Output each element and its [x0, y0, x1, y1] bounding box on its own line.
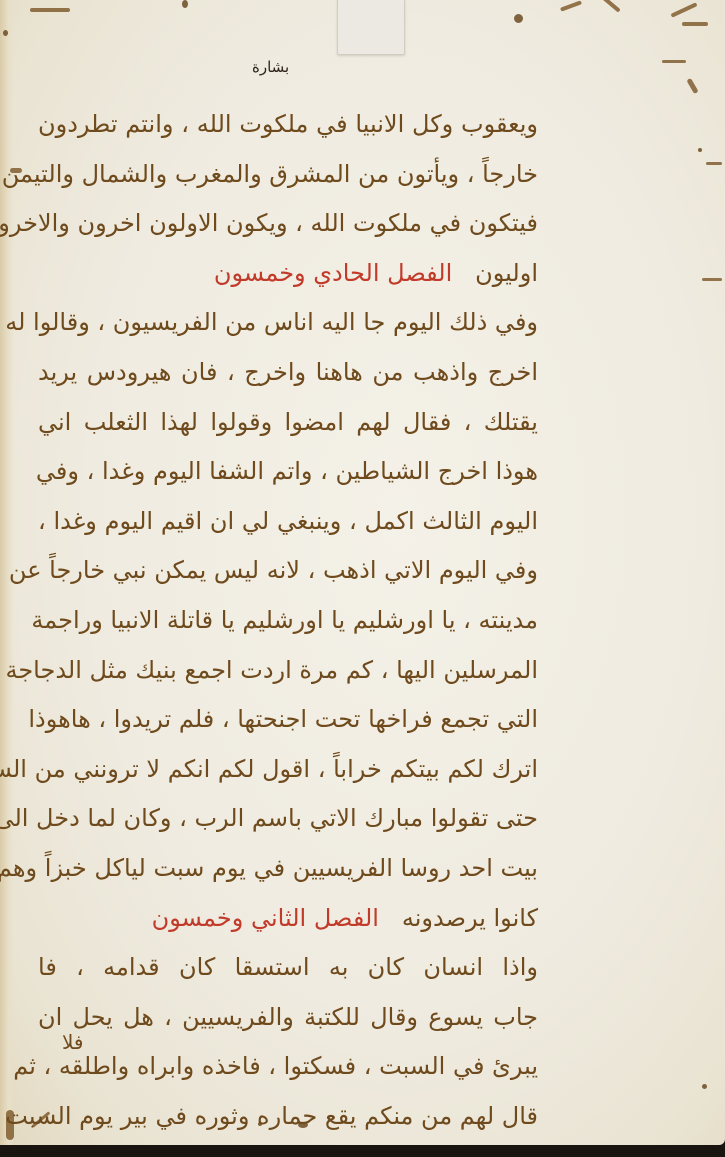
- manuscript-text-block: ويعقوب وكل الانبيا في ملكوت الله ، وانتم…: [38, 100, 538, 1141]
- line-text: فيتكون في ملكوت الله ، ويكون الاولون اخر…: [0, 209, 538, 237]
- stain-mark: [702, 278, 722, 281]
- footer-catchword: فلا: [62, 1030, 84, 1054]
- stain-mark: [682, 22, 708, 26]
- line-text: وفي ذلك اليوم جا اليه اناس من الفريسيون …: [5, 308, 538, 336]
- line-text: حتى تقولوا مبارك الاتي باسم الرب ، وكان …: [0, 804, 538, 832]
- line-text: يقتلك ، فقال لهم امضوا وقولوا لهذا الثعل…: [38, 408, 538, 436]
- text-line: واذا انسان كان به استسقا كان قدامه ، فا: [38, 943, 538, 993]
- text-line: مدينته ، يا اورشليم يا اورشليم يا قاتلة …: [38, 596, 538, 646]
- text-line: قال لهم من منكم يقع حماره وثوره في بير ي…: [38, 1092, 538, 1142]
- line-text: خارجاً ، ويأتون من المشرق والمغرب والشما…: [0, 160, 538, 188]
- line-text: واذا انسان كان به استسقا كان قدامه ، فا: [38, 953, 538, 981]
- line-text: مدينته ، يا اورشليم يا اورشليم يا قاتلة …: [31, 606, 538, 634]
- chapter-heading-rubric: الفصل الثاني وخمسون: [152, 904, 379, 932]
- text-line-with-rubric: كانوا يرصدونه الفصل الثاني وخمسون: [38, 894, 538, 944]
- stain-mark: [514, 14, 523, 23]
- text-line: يقتلك ، فقال لهم امضوا وقولوا لهذا الثعل…: [38, 398, 538, 448]
- line-text: ويعقوب وكل الانبيا في ملكوت الله ، وانتم…: [38, 110, 538, 138]
- manuscript-page: بشارة ويعقوب وكل الانبيا في ملكوت الله ،…: [0, 0, 725, 1145]
- stain-mark: [702, 1084, 707, 1089]
- line-text: اخرج واذهب من هاهنا واخرج ، فان هيرودس ي…: [38, 358, 538, 386]
- header-catchword: بشارة: [252, 58, 289, 76]
- text-line: بيت احد روسا الفريسيين في يوم سبت لياكل …: [38, 844, 538, 894]
- stain-mark: [662, 60, 686, 63]
- stain-mark: [182, 0, 188, 8]
- line-text: وفي اليوم الاتي اذهب ، لانه ليس يمكن نبي…: [9, 556, 538, 584]
- stain-mark: [560, 0, 582, 11]
- line-text: التي تجمع فراخها تحت اجنحتها ، فلم تريدو…: [28, 705, 538, 733]
- text-line: اخرج واذهب من هاهنا واخرج ، فان هيرودس ي…: [38, 348, 538, 398]
- line-text: كانوا يرصدونه: [402, 904, 538, 932]
- text-line: وفي ذلك اليوم جا اليه اناس من الفريسيون …: [38, 298, 538, 348]
- text-line: التي تجمع فراخها تحت اجنحتها ، فلم تريدو…: [38, 695, 538, 745]
- text-line: ويعقوب وكل الانبيا في ملكوت الله ، وانتم…: [38, 100, 538, 150]
- chapter-heading-rubric: الفصل الحادي وخمسون: [214, 259, 452, 287]
- line-text: اليوم الثالث اكمل ، وينبغي لي ان اقيم ال…: [38, 507, 538, 535]
- text-line: يبرئ في السبت ، فسكتوا ، فاخذه وابراه وا…: [38, 1042, 538, 1092]
- stain-mark: [698, 148, 702, 152]
- stain-mark: [3, 30, 8, 36]
- text-line: حتى تقولوا مبارك الاتي باسم الرب ، وكان …: [38, 794, 538, 844]
- text-line: جاب يسوع وقال للكتبة والفريسيين ، هل يحل…: [38, 993, 538, 1043]
- stain-mark: [686, 78, 698, 94]
- line-text: يبرئ في السبت ، فسكتوا ، فاخذه وابراه وا…: [13, 1052, 538, 1080]
- stain-mark: [30, 8, 70, 12]
- stain-mark: [601, 0, 620, 13]
- text-line-with-rubric: اوليون الفصل الحادي وخمسون: [38, 249, 538, 299]
- text-line: خارجاً ، ويأتون من المشرق والمغرب والشما…: [38, 150, 538, 200]
- text-line: فيتكون في ملكوت الله ، ويكون الاولون اخر…: [38, 199, 538, 249]
- text-line: اليوم الثالث اكمل ، وينبغي لي ان اقيم ال…: [38, 497, 538, 547]
- text-line: وفي اليوم الاتي اذهب ، لانه ليس يمكن نبي…: [38, 546, 538, 596]
- line-text: اوليون: [475, 259, 538, 287]
- line-text: اترك لكم بيتكم خراباً ، اقول لكم انكم لا…: [0, 755, 538, 783]
- page-tab-marker: [337, 0, 405, 55]
- text-line: المرسلين اليها ، كم مرة اردت اجمع بنيك م…: [38, 646, 538, 696]
- line-text: جاب يسوع وقال للكتبة والفريسيين ، هل يحل…: [38, 1003, 538, 1031]
- line-text: المرسلين اليها ، كم مرة اردت اجمع بنيك م…: [5, 656, 538, 684]
- line-text: قال لهم من منكم يقع حماره وثوره في بير ي…: [0, 1102, 538, 1130]
- text-line: هوذا اخرج الشياطين ، واتم الشفا اليوم وغ…: [38, 447, 538, 497]
- line-text: بيت احد روسا الفريسيين في يوم سبت لياكل …: [0, 854, 538, 882]
- text-line: اترك لكم بيتكم خراباً ، اقول لكم انكم لا…: [38, 745, 538, 795]
- stain-mark: [706, 162, 722, 165]
- line-text: هوذا اخرج الشياطين ، واتم الشفا اليوم وغ…: [36, 457, 538, 485]
- stain-mark: [670, 2, 697, 17]
